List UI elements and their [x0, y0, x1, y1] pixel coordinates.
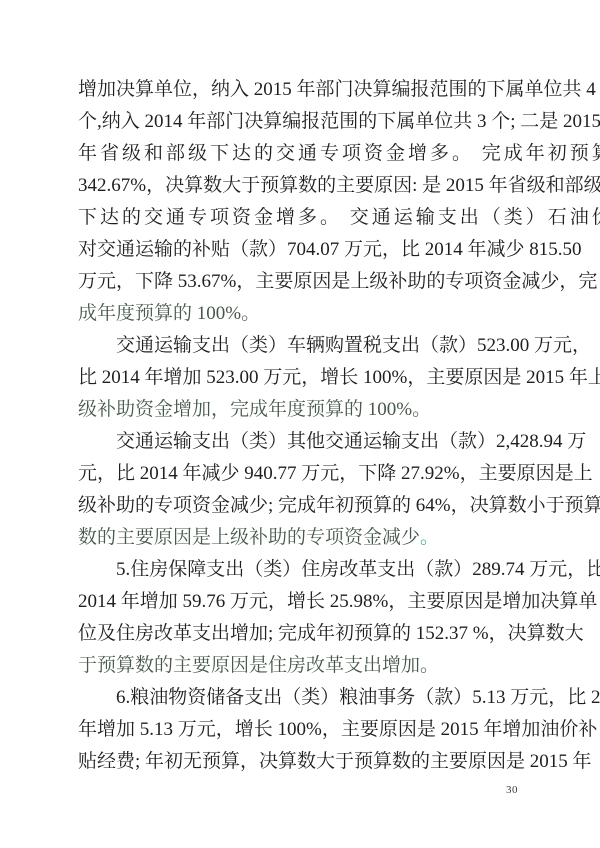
text-line: 元，比 2014 年减少 940.77 万元，下降 27.92%，主要原因是上 [78, 458, 524, 490]
text-line: 对交通运输的补贴（款）704.07 万元，比 2014 年减少 815.50 [78, 234, 524, 266]
text-line: 年增加 5.13 万元，增长 100%，主要原因是 2015 年增加油价补 [78, 714, 524, 746]
text-line-content: 年省级和部级下达的交通专项资金增多。 完成年初预算的 [78, 143, 600, 164]
text-line-content: 6.粮油物资储备支出（类）粮油事务（款）5.13 万元，比 2014 [78, 687, 600, 708]
text-line-content: 年增加 5.13 万元，增长 100%，主要原因是 2015 年增加油价补 [78, 719, 597, 740]
text-line-content: 级补助资金增加，完成年度预算的 100%。 [78, 399, 431, 420]
text-line: 贴经费; 年初无预算，决算数大于预算数的主要原因是 2015 年 [78, 746, 524, 778]
text-line: 比 2014 年增加 523.00 万元，增长 100%，主要原因是 2015 … [78, 362, 524, 394]
text-line-content: 对交通运输的补贴（款）704.07 万元，比 2014 年减少 815.50 [78, 239, 582, 260]
text-line-content: 交通运输支出（类）车辆购置税支出（款）523.00 万元， [78, 335, 591, 356]
text-line: 5.住房保障支出（类）住房改革支出（款）289.74 万元，比 [78, 554, 524, 586]
body-text: 增加决算单位，纳入 2015 年部门决算编报范围的下属单位共 4个,纳入 201… [78, 74, 524, 778]
text-line: 个,纳入 2014 年部门决算编报范围的下属单位共 3 个; 二是 2015 [78, 106, 524, 138]
accent-period: 。 [420, 527, 439, 548]
text-line: 数的主要原因是上级补助的专项资金减少。 [78, 522, 524, 554]
text-line: 成年度预算的 100%。 [78, 298, 524, 330]
text-line: 级补助的专项资金减少; 完成年初预算的 64%，决算数小于预算 [78, 490, 524, 522]
text-line: 下达的交通专项资金增多。 交通运输支出（类）石油价格改革 [78, 202, 524, 234]
text-line: 交通运输支出（类）其他交通运输支出（款）2,428.94 万 [78, 426, 524, 458]
text-line: 万元，下降 53.67%，主要原因是上级补助的专项资金减少，完 [78, 266, 524, 298]
paragraph: 交通运输支出（类）其他交通运输支出（款）2,428.94 万元，比 2014 年… [78, 426, 524, 554]
text-line-content: 交通运输支出（类）其他交通运输支出（款）2,428.94 万 [78, 431, 586, 452]
text-line: 2014 年增加 59.76 万元，增长 25.98%，主要原因是增加决算单 [78, 586, 524, 618]
text-line-content: 下达的交通专项资金增多。 交通运输支出（类）石油价格改革 [78, 207, 600, 228]
text-line-content: 位及住房改革支出增加; 完成年初预算的 152.37 %，决算数大 [78, 623, 584, 644]
text-line-content: 级补助的专项资金减少; 完成年初预算的 64%，决算数小于预算 [78, 495, 600, 516]
text-line: 级补助资金增加，完成年度预算的 100%。 [78, 394, 524, 426]
text-line-content: 个,纳入 2014 年部门决算编报范围的下属单位共 3 个; 二是 2015 [78, 111, 600, 132]
text-line-content: 元，比 2014 年减少 940.77 万元，下降 27.92%，主要原因是上 [78, 463, 593, 484]
document-page: 增加决算单位，纳入 2015 年部门决算编报范围的下属单位共 4个,纳入 201… [0, 0, 600, 848]
text-line: 于预算数的主要原因是住房改革支出增加。 [78, 650, 524, 682]
text-line-content: 增加决算单位，纳入 2015 年部门决算编报范围的下属单位共 4 [78, 79, 596, 100]
text-line: 增加决算单位，纳入 2015 年部门决算编报范围的下属单位共 4 [78, 74, 524, 106]
text-line-content: 万元，下降 53.67%，主要原因是上级补助的专项资金减少，完 [78, 271, 597, 292]
paragraph: 交通运输支出（类）车辆购置税支出（款）523.00 万元，比 2014 年增加 … [78, 330, 524, 426]
text-line: 年省级和部级下达的交通专项资金增多。 完成年初预算的 [78, 138, 524, 170]
page-number: 30 [506, 784, 518, 796]
paragraph: 增加决算单位，纳入 2015 年部门决算编报范围的下属单位共 4个,纳入 201… [78, 74, 524, 330]
text-line-content: 数的主要原因是上级补助的专项资金减少 [78, 527, 420, 548]
text-line-content: 贴经费; 年初无预算，决算数大于预算数的主要原因是 2015 年 [78, 751, 592, 772]
text-line-content: 比 2014 年增加 523.00 万元，增长 100%，主要原因是 2015 … [78, 367, 600, 388]
text-line: 342.67%，决算数大于预算数的主要原因: 是 2015 年省级和部级 [78, 170, 524, 202]
text-line-content: 成年度预算的 100%。 [78, 303, 260, 324]
text-line-content: 于预算数的主要原因是住房改革支出增加。 [78, 655, 439, 676]
text-line: 交通运输支出（类）车辆购置税支出（款）523.00 万元， [78, 330, 524, 362]
text-line-content: 5.住房保障支出（类）住房改革支出（款）289.74 万元，比 [78, 559, 600, 580]
text-line-content: 2014 年增加 59.76 万元，增长 25.98%，主要原因是增加决算单 [78, 591, 597, 612]
text-line: 位及住房改革支出增加; 完成年初预算的 152.37 %，决算数大 [78, 618, 524, 650]
paragraph: 5.住房保障支出（类）住房改革支出（款）289.74 万元，比2014 年增加 … [78, 554, 524, 682]
text-line: 6.粮油物资储备支出（类）粮油事务（款）5.13 万元，比 2014 [78, 682, 524, 714]
paragraph: 6.粮油物资储备支出（类）粮油事务（款）5.13 万元，比 2014年增加 5.… [78, 682, 524, 778]
text-line-content: 342.67%，决算数大于预算数的主要原因: 是 2015 年省级和部级 [78, 175, 600, 196]
